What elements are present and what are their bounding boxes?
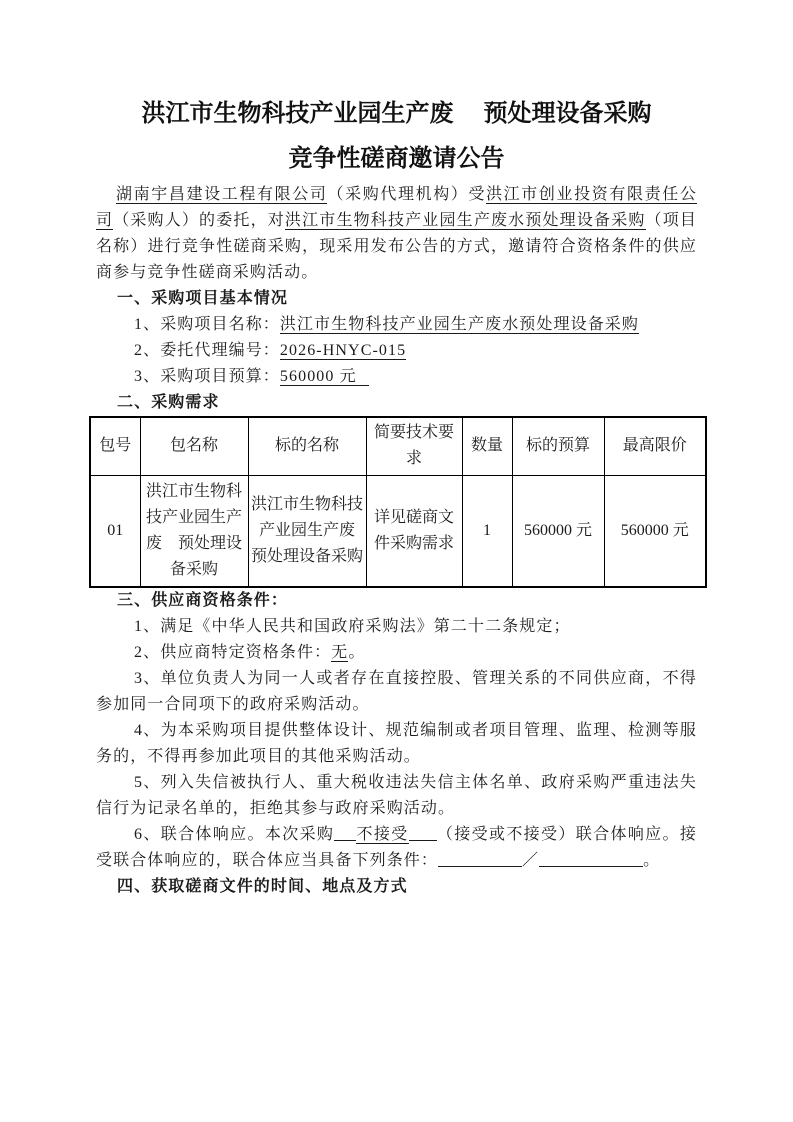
cell-budget: 560000 元 [512,475,604,587]
joint-venture-choice: 不接受 [356,826,408,844]
joint-venture-suffix: 。 [643,852,660,869]
joint-venture-prefix: 6、联合体响应。本次采购 [134,826,334,843]
section-1-heading: 一、采购项目基本情况 [96,286,697,312]
agency-code-item: 2、委托代理编号：2026-HNYC-015 [96,338,697,364]
purchaser-note: （采购人）的委托，对 [113,212,285,229]
table-header-package-no: 包号 [90,417,140,475]
agency-code-value: 2026-HNYC-015 [280,342,406,360]
budget-label: 3、采购项目预算： [134,368,280,385]
project-name-value: 洪江市生物科技产业园生产废水预处理设备采购 [280,316,639,334]
table-row: 01 洪江市生物科技产业园生产废 预处理设备采购 洪江市生物科技产业园生产废 预… [90,475,706,587]
supplier-req-item-1: 1、满足《中华人民共和国政府采购法》第二十二条规定； [96,614,697,640]
doc-title-line-1: 洪江市生物科技产业园生产废 预处理设备采购 [96,92,697,137]
specific-qualification-suffix: 。 [348,644,365,661]
specific-qualification-label: 2、供应商特定资格条件： [134,644,331,661]
blank-underline [539,850,643,867]
project-name-item: 1、采购项目名称：洪江市生物科技产业园生产废水预处理设备采购 [96,312,697,338]
specific-qualification-value: 无 [331,644,348,662]
cell-tech-req: 详见磋商文件采购需求 [366,475,462,587]
intro-paragraph: 湖南宇昌建设工程有限公司（采购代理机构）受洪江市创业投资有限责任公司（采购人）的… [96,182,697,286]
blank-underline [334,824,356,841]
table-header-qty: 数量 [462,417,512,475]
doc-title: 洪江市生物科技产业园生产废 预处理设备采购 竞争性磋商邀请公告 [96,92,697,182]
budget-value: 560000 元 [280,368,369,386]
table-header-budget: 标的预算 [512,417,604,475]
agency-note: （采购代理机构）受 [327,186,486,203]
section-4-heading: 四、获取磋商文件的时间、地点及方式 [96,874,697,900]
section-2-heading: 二、采购需求 [96,390,697,416]
supplier-req-item-6: 6、联合体响应。本次采购不接受（接受或不接受）联合体响应。接受联合体响应的，联合… [96,822,697,874]
table-header-row: 包号 包名称 标的名称 简要技术要求 数量 标的预算 最高限价 [90,417,706,475]
table-header-tech-req: 简要技术要求 [366,417,462,475]
project-name: 洪江市生物科技产业园生产废水预处理设备采购 [285,212,646,230]
section-3-heading: 三、供应商资格条件： [96,588,697,614]
agency-name: 湖南宇昌建设工程有限公司 [116,186,327,204]
agency-code-label: 2、委托代理编号： [134,342,280,359]
project-name-label: 1、采购项目名称： [134,316,280,333]
table-header-max-price: 最高限价 [604,417,706,475]
budget-item: 3、采购项目预算：560000 元 [96,364,697,390]
cell-package-name: 洪江市生物科技产业园生产废 预处理设备采购 [140,475,248,587]
announcement-document: 洪江市生物科技产业园生产废 预处理设备采购 竞争性磋商邀请公告 湖南宇昌建设工程… [0,0,793,1122]
blank-underline [409,824,437,841]
supplier-req-item-5: 5、列入失信被执行人、重大税收违法失信主体名单、政府采购严重违法失信行为记录名单… [96,770,697,822]
supplier-req-item-4: 4、为本采购项目提供整体设计、规范编制或者项目管理、监理、检测等服务的，不得再参… [96,718,697,770]
table-header-package-name: 包名称 [140,417,248,475]
blank-underline [438,850,522,867]
cell-max-price: 560000 元 [604,475,706,587]
table-header-subject-name: 标的名称 [248,417,366,475]
procurement-table: 包号 包名称 标的名称 简要技术要求 数量 标的预算 最高限价 01 洪江市生物… [89,416,707,588]
doc-title-line-2: 竞争性磋商邀请公告 [96,137,697,182]
cell-qty: 1 [462,475,512,587]
supplier-req-item-2: 2、供应商特定资格条件：无。 [96,640,697,666]
cell-subject-name: 洪江市生物科技产业园生产废 预处理设备采购 [248,475,366,587]
supplier-req-item-3: 3、单位负责人为同一人或者存在直接控股、管理关系的不同供应商，不得参加同一合同项… [96,666,697,718]
cell-package-no: 01 [90,475,140,587]
joint-venture-slash: ／ [522,852,539,869]
